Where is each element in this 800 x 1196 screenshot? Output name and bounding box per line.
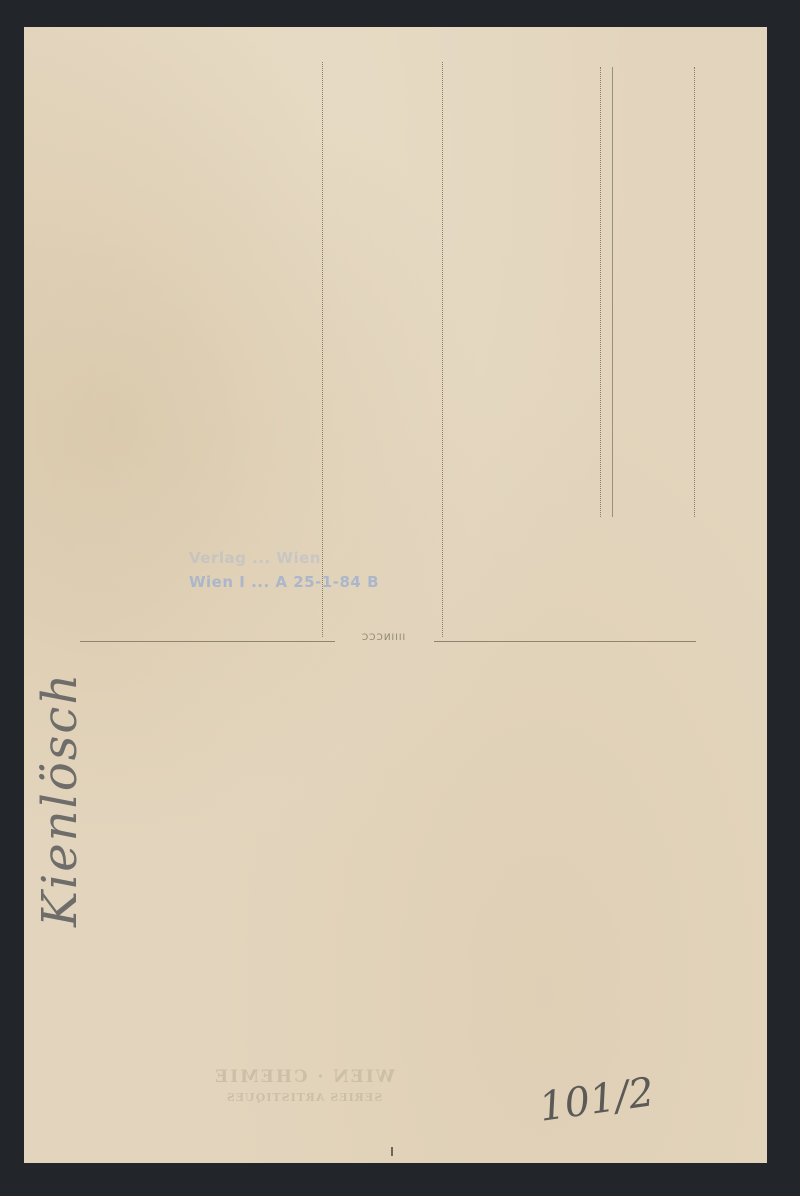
publisher-stamp: Verlag ... Wien Wien I ... A 25-1-84 B — [189, 549, 709, 591]
stamp-box-line-right — [694, 67, 695, 517]
handwritten-catalog-number: 101/2 — [536, 1069, 657, 1131]
stamp-box-line-inner — [612, 67, 613, 517]
stamp-box-line-left — [600, 67, 601, 517]
handwritten-name: Kienlösch — [32, 672, 88, 927]
bleed-line-2: SERIES ARTISTIQUES — [159, 1091, 449, 1104]
bottom-mark — [391, 1147, 393, 1156]
bleed-through-text: WIEN · CHEMIE SERIES ARTISTIQUES — [159, 1067, 449, 1104]
stamp-line-2: Wien I ... A 25-1-84 B — [189, 573, 709, 591]
divider-line-right — [434, 641, 696, 642]
stamp-line-1: Verlag ... Wien — [189, 549, 709, 567]
divider-line-left — [80, 641, 335, 642]
divider-label: ƆƆƆИIIII — [344, 633, 424, 643]
postcard-back: ƆƆƆИIIII Verlag ... Wien Wien I ... A 25… — [24, 27, 767, 1163]
bleed-line-1: WIEN · CHEMIE — [159, 1067, 449, 1087]
